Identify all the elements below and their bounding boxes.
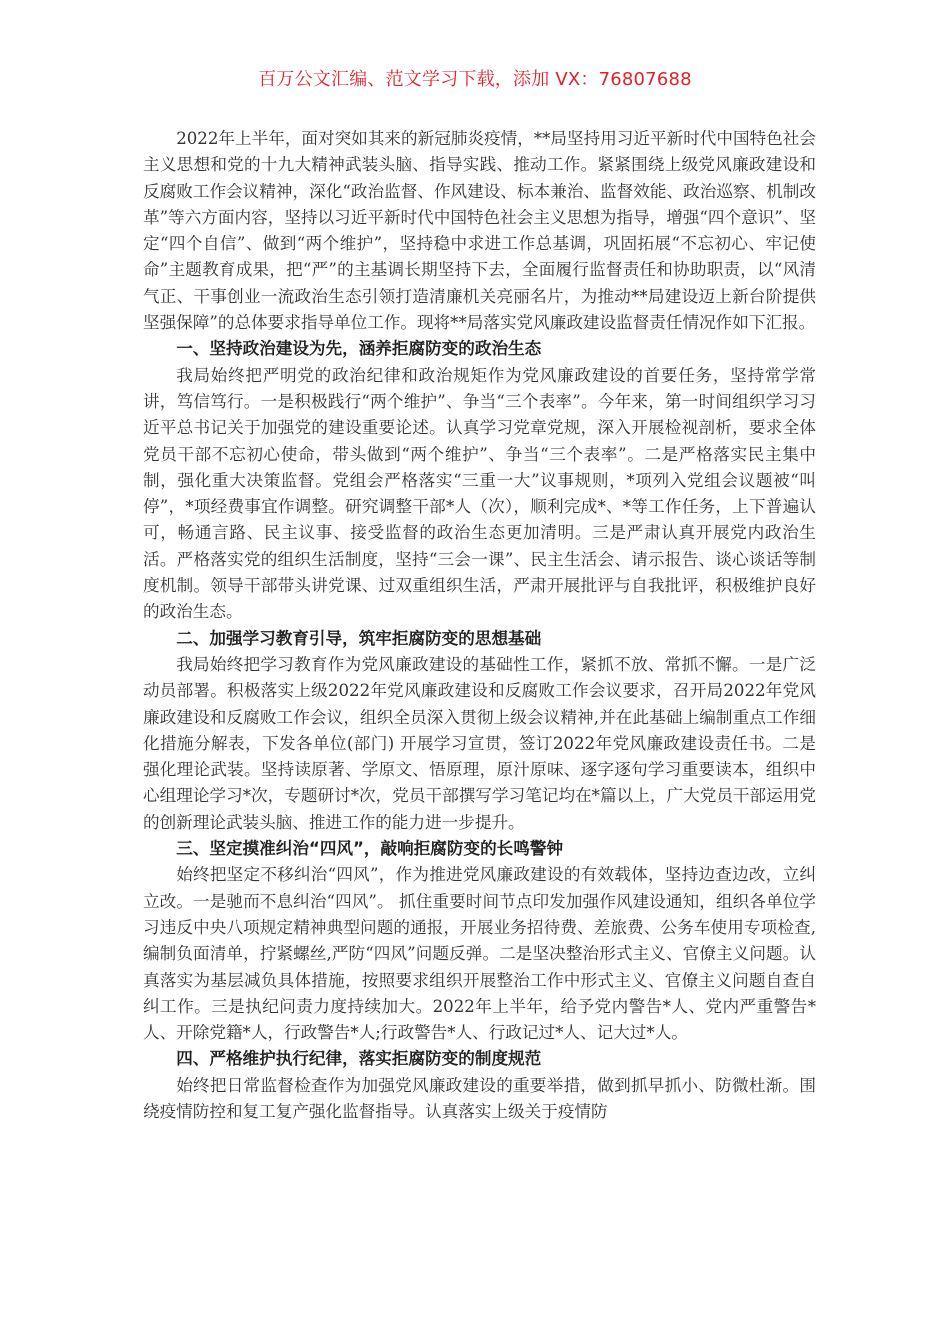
- section-heading-3: 三、坚定摸准纠治“四风”，敲响拒腐防变的长鸣警钟: [143, 836, 816, 862]
- section-body-2: 我局始终把学习教育作为党风廉政建设的基础性工作，紧抓不放、常抓不懈。一是广泛动员…: [143, 652, 816, 836]
- section-body-3: 始终把坚定不移纠治“四风”，作为推进党风廉政建设的有效载体，坚持边查边改，立纠立…: [143, 862, 816, 1046]
- promo-banner: 百万公文汇编、范文学习下载，添加 VX：76807688: [0, 66, 950, 94]
- intro-paragraph: 2022年上半年，面对突如其来的新冠肺炎疫情，**局坚持用习近平新时代中国特色社…: [143, 126, 816, 336]
- section-body-1: 我局始终把严明党的政治纪律和政治规矩作为党风廉政建设的首要任务，坚持常学常讲，笃…: [143, 363, 816, 626]
- section-heading-2: 二、加强学习教育引导，筑牢拒腐防变的思想基础: [143, 626, 816, 652]
- document-body: 2022年上半年，面对突如其来的新冠肺炎疫情，**局坚持用习近平新时代中国特色社…: [143, 126, 816, 1125]
- section-heading-4: 四、严格维护执行纪律，落实拒腐防变的制度规范: [143, 1046, 816, 1072]
- section-heading-1: 一、坚持政治建设为先，涵养拒腐防变的政治生态: [143, 336, 816, 362]
- document-page: 百万公文汇编、范文学习下载，添加 VX：76807688 2022年上半年，面对…: [0, 0, 950, 1344]
- section-body-4: 始终把日常监督检查作为加强党风廉政建设的重要举措，做到抓早抓小、防微杜渐。围绕疫…: [143, 1073, 816, 1126]
